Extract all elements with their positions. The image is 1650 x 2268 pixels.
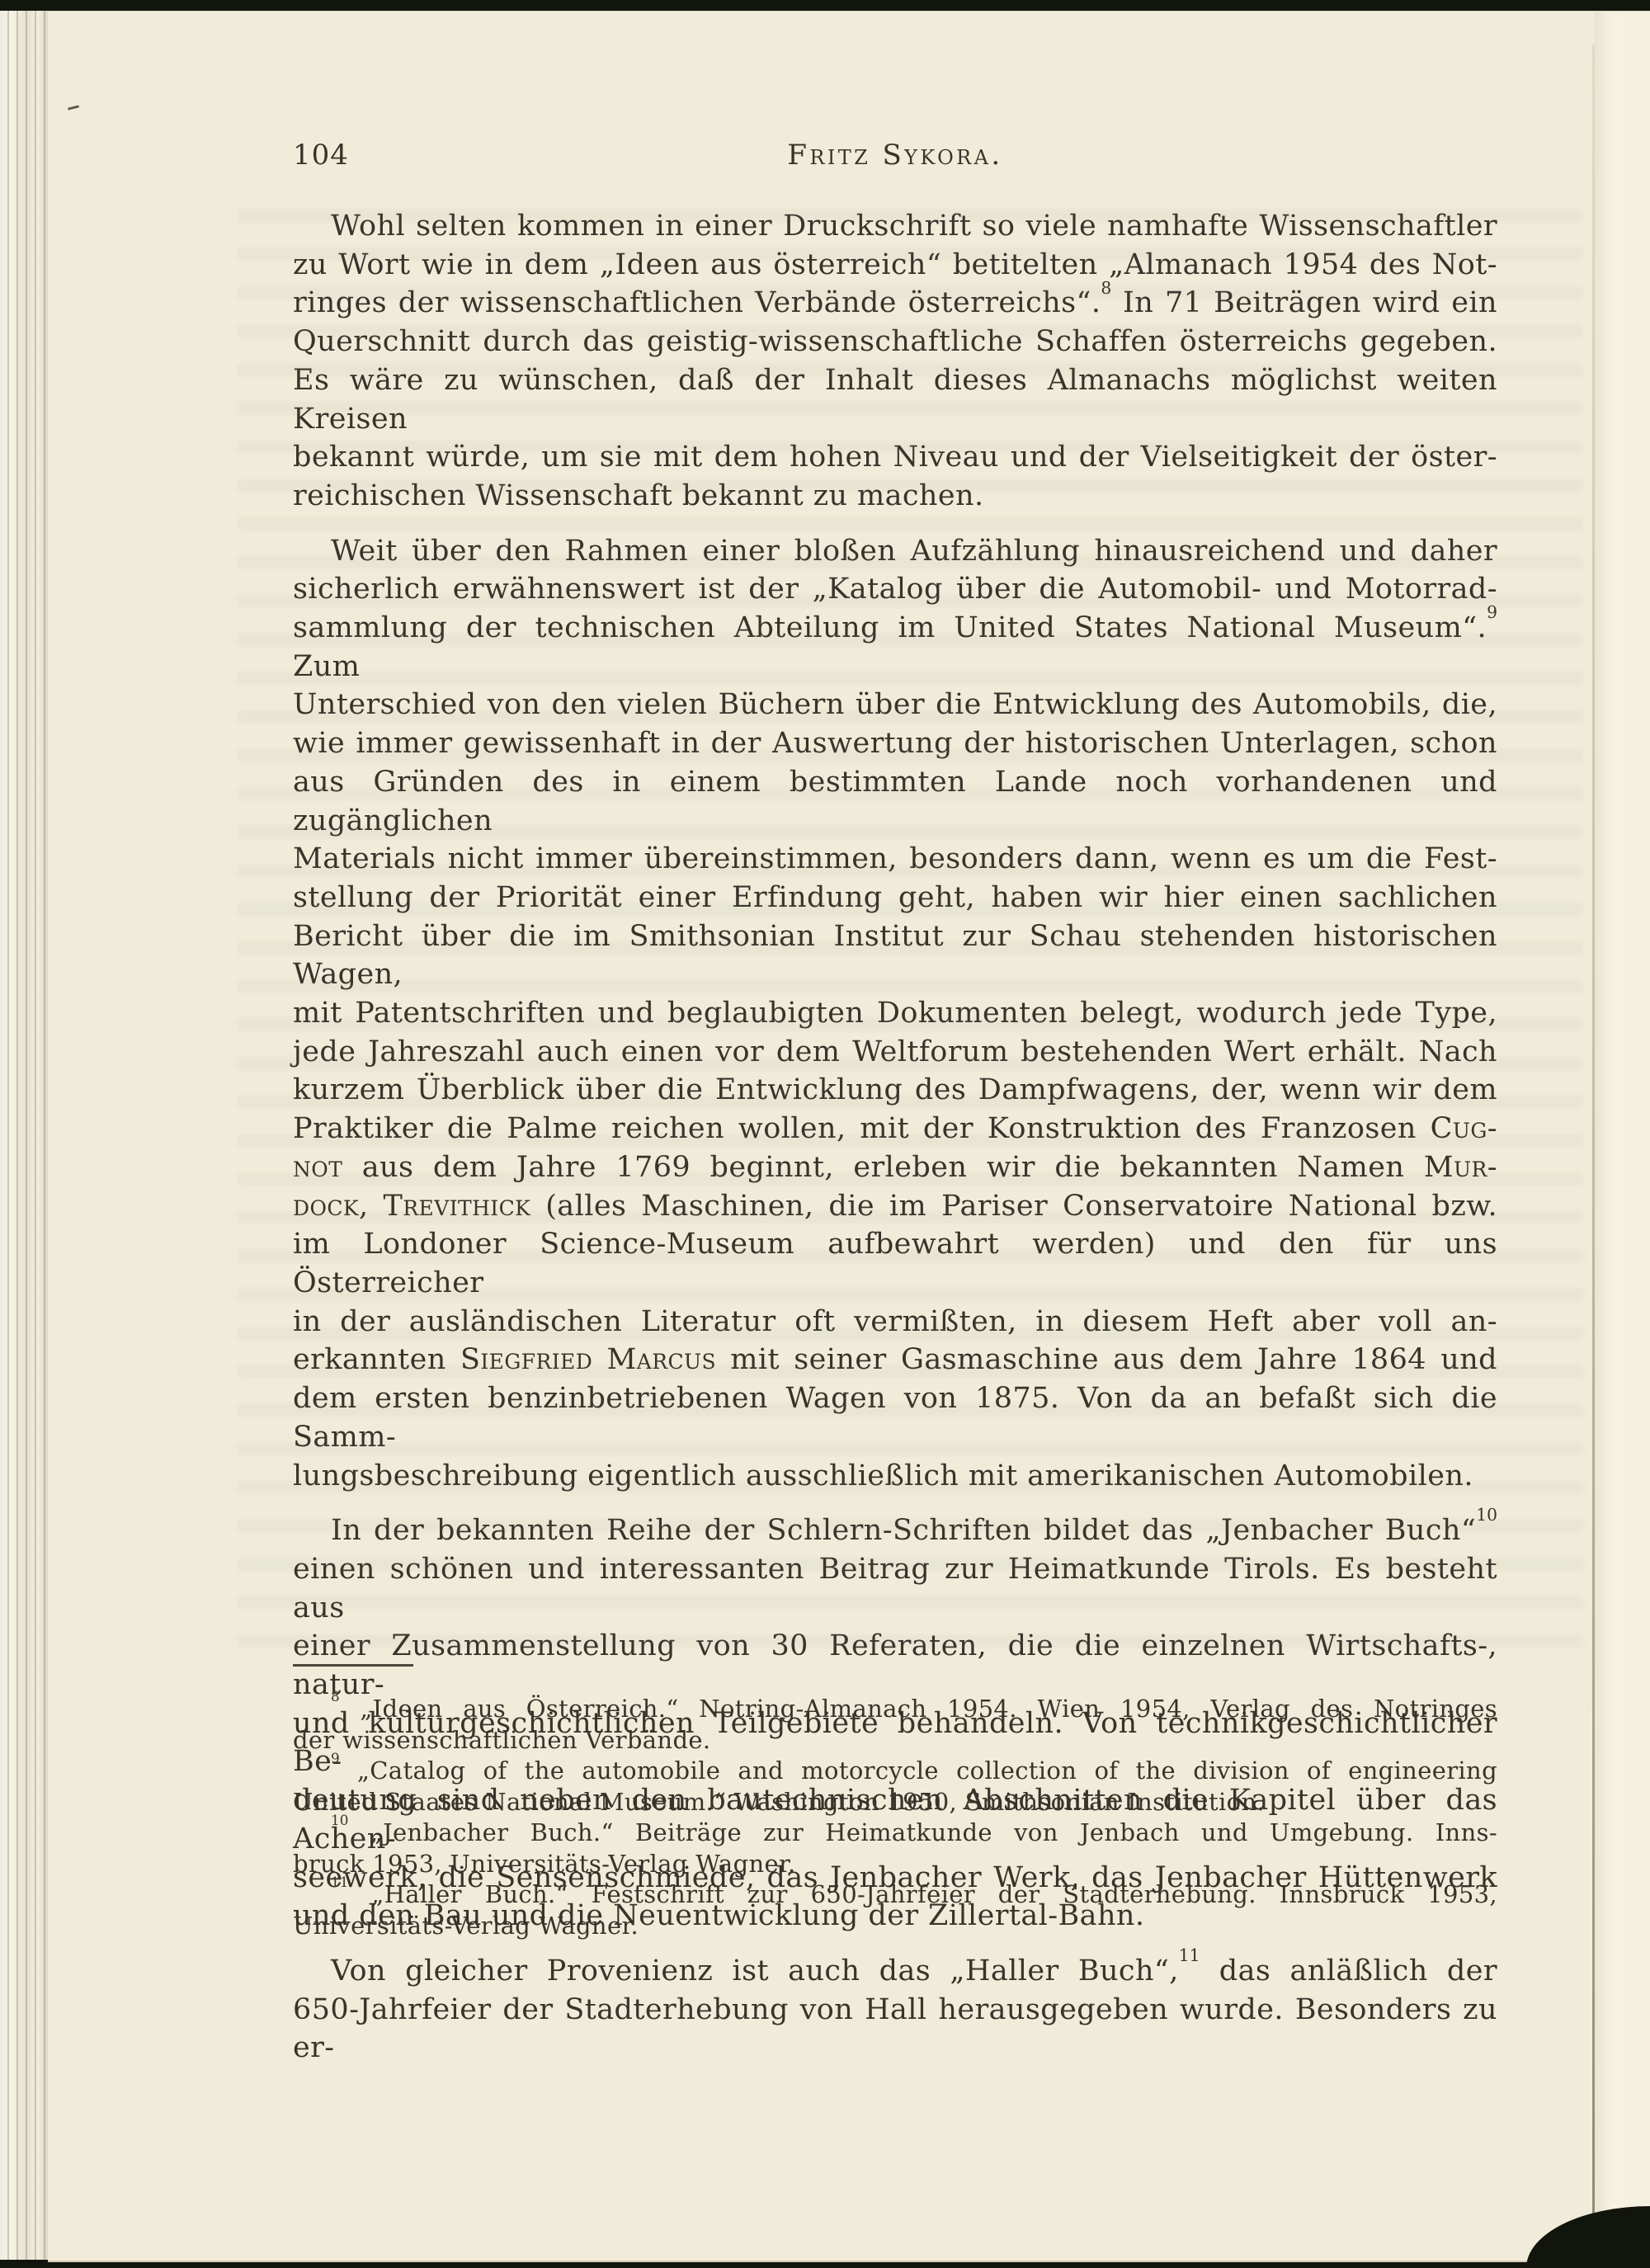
text-line: ringes der wissenschaftlichen Verbände ö… xyxy=(293,284,1497,323)
text-line: bekannt würde, um sie mit dem hohen Nive… xyxy=(293,438,1497,477)
text-line: sicherlich erwähnenswert ist der „Katalo… xyxy=(293,570,1497,609)
running-head: Fritz Sykora. xyxy=(293,137,1497,173)
text-line: einen schönen und interessanten Beitrag … xyxy=(293,1550,1497,1627)
text-line: erkannten Siegfried Marcus mit seiner Ga… xyxy=(293,1341,1497,1379)
text-line: 11 „Haller Buch.“ Festschrift zur 650-Ja… xyxy=(293,1879,1497,1911)
ink-speck xyxy=(68,105,79,110)
text-line: dock, Trevithick (alles Maschinen, die i… xyxy=(293,1187,1497,1226)
text-line: bruck 1953, Universitäts-Verlag Wagner. xyxy=(293,1849,1497,1880)
text-line: wie immer gewissenhaft in der Auswertung… xyxy=(293,724,1497,763)
text-line: dem ersten benzinbetriebenen Wagen von 1… xyxy=(293,1379,1497,1456)
paragraph-2: Weit über den Rahmen einer bloßen Aufzäh… xyxy=(293,532,1497,1496)
text-line: jede Jahreszahl auch einen vor dem Weltf… xyxy=(293,1033,1497,1072)
text-line: United Staates National Museum.“ Washing… xyxy=(293,1787,1497,1818)
text-line: Unterschied von den vielen Büchern über … xyxy=(293,686,1497,724)
text-line: stellung der Priorität einer Erfindung g… xyxy=(293,879,1497,917)
text-line: Querschnitt durch das geistig-wissenscha… xyxy=(293,323,1497,361)
text-line: Bericht über die im Smithsonian Institut… xyxy=(293,917,1497,994)
text-line: sammlung der technischen Abteilung im Un… xyxy=(293,609,1497,686)
text-line: aus Gründen des in einem bestimmten Land… xyxy=(293,763,1497,840)
text-line: kurzem Überblick über die Entwicklung de… xyxy=(293,1071,1497,1110)
text-line: 9 „Catalog of the automobile and motorcy… xyxy=(293,1756,1497,1787)
text-line: mit Patentschriften und beglaubigten Dok… xyxy=(293,994,1497,1033)
text-line: Weit über den Rahmen einer bloßen Aufzäh… xyxy=(293,532,1497,571)
text-line: not aus dem Jahre 1769 beginnt, erleben … xyxy=(293,1148,1497,1187)
footnote-9: 9 „Catalog of the automobile and motorcy… xyxy=(293,1756,1497,1818)
page: 104 Fritz Sykora. Wohl selten kommen in … xyxy=(48,11,1650,2262)
text-line: einer Zusammenstellung von 30 Referaten,… xyxy=(293,1627,1497,1704)
text-line: 8 „Ideen aus Österreich.“ Notring-Almana… xyxy=(293,1694,1497,1725)
footnote-11: 11 „Haller Buch.“ Festschrift zur 650-Ja… xyxy=(293,1879,1497,1941)
footnote-separator xyxy=(293,1664,413,1667)
page-header: 104 Fritz Sykora. xyxy=(293,137,1497,173)
text-line: im Londoner Science-Museum aufbewahrt we… xyxy=(293,1225,1497,1302)
text-line: 650-Jahrfeier der Stadterhebung von Hall… xyxy=(293,1991,1497,2068)
text-line: Materials nicht immer übereinstimmen, be… xyxy=(293,840,1497,879)
scanned-book-page: 104 Fritz Sykora. Wohl selten kommen in … xyxy=(0,0,1650,2268)
paragraph-1: Wohl selten kommen in einer Druckschrift… xyxy=(293,207,1497,516)
paragraph-4: Von gleicher Provenienz ist auch das „Ha… xyxy=(293,1952,1497,2068)
text-line: in der ausländischen Literatur oft vermi… xyxy=(293,1303,1497,1341)
text-line: 10 „Jenbacher Buch.“ Beiträge zur Heimat… xyxy=(293,1818,1497,1849)
text-line: Es wäre zu wünschen, daß der Inhalt dies… xyxy=(293,361,1497,438)
footnote-8: 8 „Ideen aus Österreich.“ Notring-Almana… xyxy=(293,1694,1497,1756)
text-line: Universitäts-Verlag Wagner. xyxy=(293,1911,1497,1942)
text-line: Praktiker die Palme reichen wollen, mit … xyxy=(293,1110,1497,1148)
text-line: reichischen Wissenschaft bekannt zu mach… xyxy=(293,477,1497,516)
text-line: zu Wort wie in dem „Ideen aus österreich… xyxy=(293,246,1497,285)
text-line: der wissenschaftlichen Verbände. xyxy=(293,1725,1497,1756)
book-page-edges xyxy=(0,11,48,2260)
footnotes: 8 „Ideen aus Österreich.“ Notring-Almana… xyxy=(293,1694,1497,1941)
footnote-10: 10 „Jenbacher Buch.“ Beiträge zur Heimat… xyxy=(293,1818,1497,1879)
text-line: Von gleicher Provenienz ist auch das „Ha… xyxy=(293,1952,1497,1991)
text-line: lungsbeschreibung eigentlich ausschließl… xyxy=(293,1457,1497,1496)
text-line: In der bekannten Reihe der Schlern-Schri… xyxy=(293,1511,1497,1550)
adjacent-page-edge xyxy=(1595,12,1650,2261)
text-line: Wohl selten kommen in einer Druckschrift… xyxy=(293,207,1497,246)
